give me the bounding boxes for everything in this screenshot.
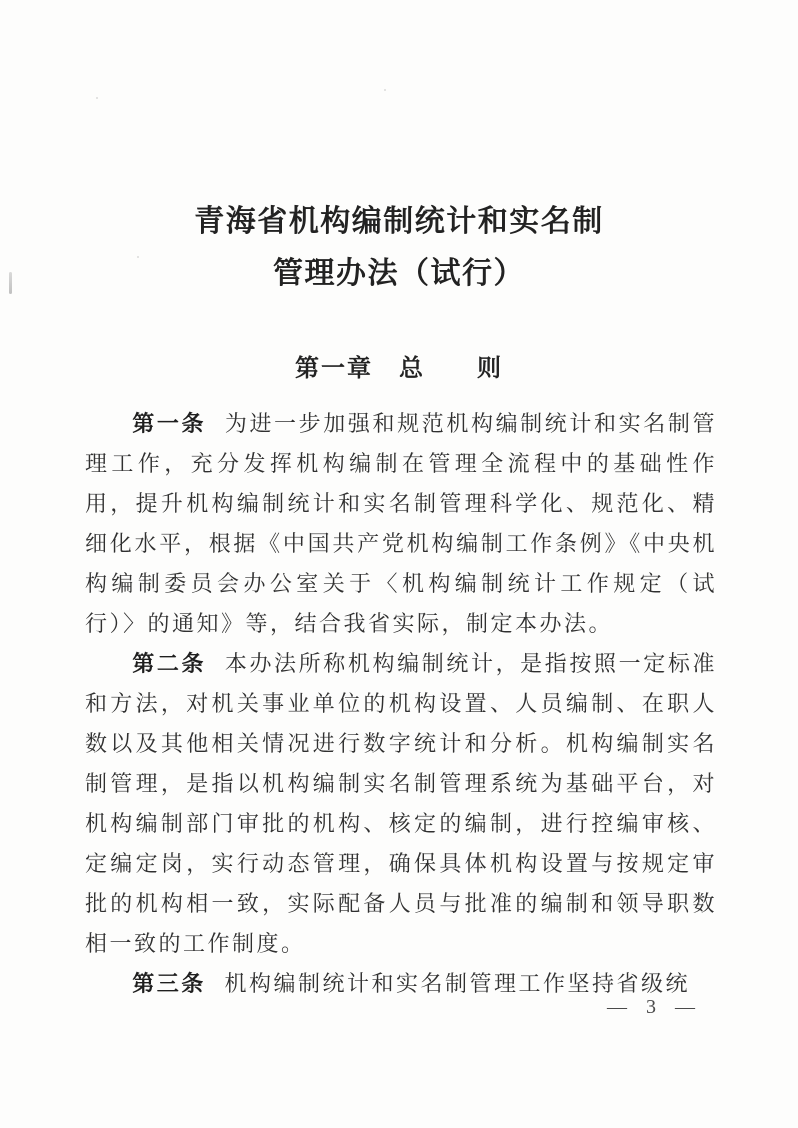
page-number: — 3 —: [607, 996, 702, 1019]
article-label: 第三条: [132, 971, 206, 996]
article-paragraph: 第二条本办法所称机构编制统计，是指按照一定标准和方法，对机关事业单位的机构设置、…: [85, 644, 717, 964]
document-page: 青海省机构编制统计和实名制 管理办法（试行） 第一章 总 则 第一条为进一步加强…: [0, 0, 798, 1128]
article-paragraph: 第一条为进一步加强和规范机构编制统计和实名制管理工作，充分发挥机构编制在管理全流…: [85, 404, 717, 644]
document-title-line1: 青海省机构编制统计和实名制: [0, 196, 798, 248]
chapter-heading: 第一章 总 则: [0, 348, 798, 383]
article-text: 本办法所称机构编制统计，是指按照一定标准和方法，对机关事业单位的机构设置、人员编…: [85, 651, 717, 956]
scan-speck: [96, 97, 98, 99]
scan-speck: [384, 89, 386, 91]
document-body: 第一条为进一步加强和规范机构编制统计和实名制管理工作，充分发挥机构编制在管理全流…: [85, 404, 717, 1004]
document-title-line2: 管理办法（试行）: [0, 248, 798, 300]
article-label: 第二条: [132, 651, 206, 676]
article-text: 为进一步加强和规范机构编制统计和实名制管理工作，充分发挥机构编制在管理全流程中的…: [85, 411, 717, 636]
article-text: 机构编制统计和实名制管理工作坚持省级统: [225, 971, 691, 996]
document-title: 青海省机构编制统计和实名制 管理办法（试行）: [0, 196, 798, 300]
article-label: 第一条: [132, 411, 206, 436]
